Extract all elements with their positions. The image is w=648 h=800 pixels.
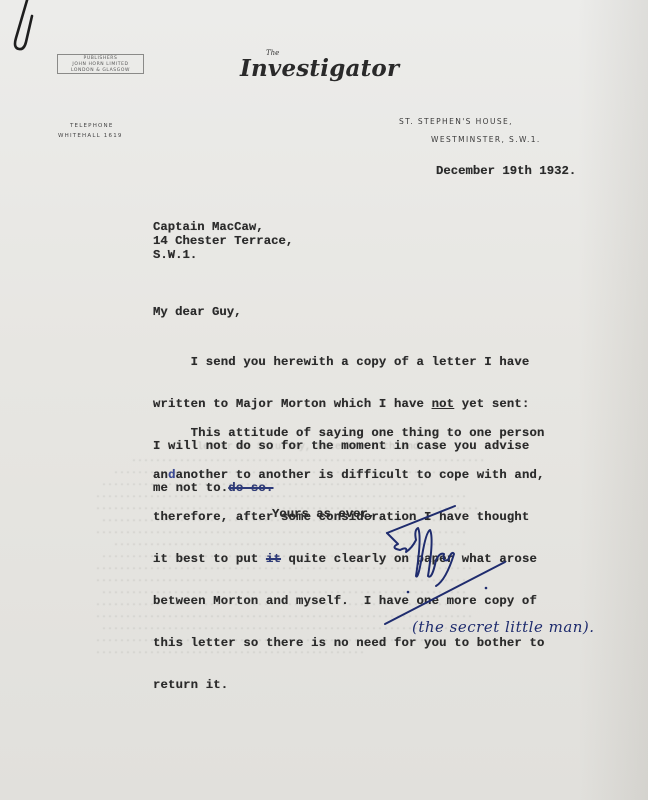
publishers-box: PUBLISHERS JOHN HORN LIMITED LONDON & GL… bbox=[57, 54, 144, 74]
struck-text: it bbox=[266, 552, 281, 566]
handwritten-note: (the secret little man). bbox=[412, 618, 595, 636]
p2-line-7: return it. bbox=[153, 678, 545, 692]
p2-line-4-start: it best to put bbox=[153, 552, 266, 566]
address-line-2: WESTMINSTER, S.W.1. bbox=[431, 135, 541, 144]
p2-line-2-text: another to another is difficult to cope … bbox=[176, 468, 545, 482]
address-line-1: ST. STEPHEN'S HOUSE, bbox=[399, 117, 513, 126]
masthead-logo: Investigator bbox=[240, 55, 399, 82]
signature bbox=[370, 500, 648, 660]
closing: Yours as ever, bbox=[272, 507, 375, 521]
salutation: My dear Guy, bbox=[153, 305, 242, 319]
p2-line-2: andanother to another is difficult to co… bbox=[153, 468, 545, 482]
recipient-district: S.W.1. bbox=[153, 248, 197, 262]
p2-line-2-start: an bbox=[153, 468, 168, 482]
paperclip-icon bbox=[10, 0, 34, 60]
letter-date: December 19th 1932. bbox=[436, 164, 576, 178]
publisher-location: LONDON & GLASGOW bbox=[58, 68, 143, 74]
p2-line-1: This attitude of saying one thing to one… bbox=[153, 426, 545, 440]
ink-correction: d bbox=[168, 468, 176, 482]
telephone-label: TELEPHONE bbox=[70, 123, 114, 129]
recipient-street: 14 Chester Terrace, bbox=[153, 234, 293, 248]
p1-line-1: I send you herewith a copy of a letter I… bbox=[153, 355, 529, 369]
telephone-number: WHITEHALL 1619 bbox=[58, 133, 123, 139]
recipient-name: Captain MacCaw, bbox=[153, 220, 264, 234]
